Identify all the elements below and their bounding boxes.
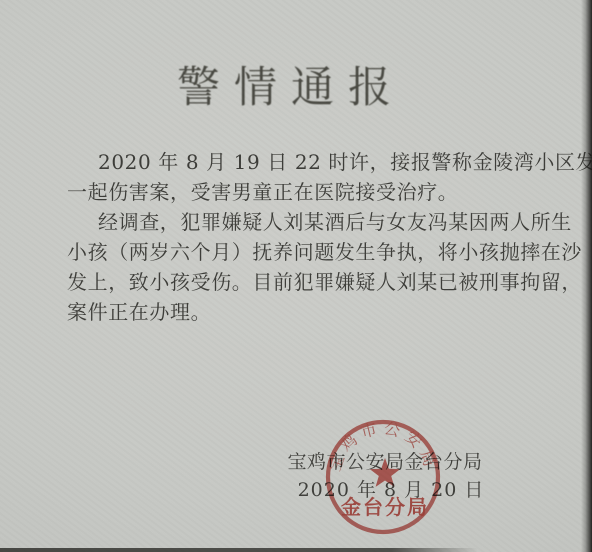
photo-edge-bottom bbox=[0, 548, 478, 552]
signature-block: 宝鸡市公安局金台分局 2020 年 8 月 20 日 bbox=[0, 0, 592, 552]
photo-edge-right bbox=[581, 0, 592, 552]
document-photo: 警情通报 2020 年 8 月 19 日 22 时许，接报警称金陵湾小区发生 一… bbox=[0, 0, 592, 552]
issue-date: 2020 年 8 月 20 日 bbox=[298, 475, 485, 502]
issuing-agency: 宝鸡市公安局金台分局 bbox=[287, 447, 482, 474]
